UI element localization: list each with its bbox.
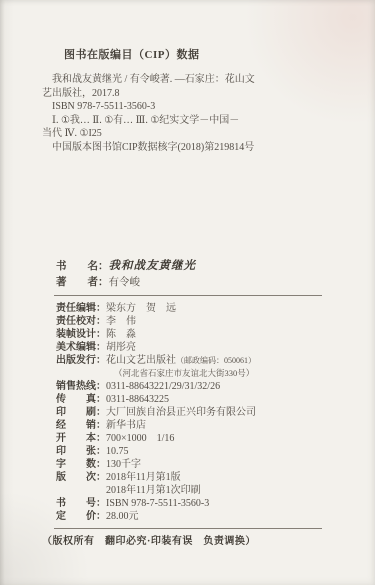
divider-bottom [54, 528, 322, 529]
sheets-value: 10.75 [106, 445, 129, 458]
price-label: 定 价： [56, 510, 106, 523]
wordcount-label: 字 数： [56, 458, 106, 471]
printer-value: 大厂回族自治县正兴印务有限公司 [106, 406, 256, 419]
hotline-label: 销售热线： [56, 380, 106, 393]
format-label: 开 本： [56, 432, 106, 445]
divider-top [54, 295, 322, 296]
art-editor-label: 美术编辑： [56, 341, 106, 354]
cip-header: 图书在版编目（CIP）数据 [64, 46, 199, 62]
author-label: 著 者： [56, 275, 109, 291]
author-value: 有令峻 [109, 275, 141, 291]
row-chief-editor: 责任编辑： 梁东方 贺 远 [56, 302, 336, 315]
row-proofreader: 责任校对： 李 伟 [56, 315, 336, 328]
proofreader-value: 李 伟 [106, 315, 136, 328]
fax-label: 传 真： [56, 393, 106, 406]
row-printing-run: 2018年11月第1次印刷 [56, 484, 336, 497]
publisher-postcode-note: （邮政编码：050061） [176, 354, 256, 367]
isbn-label: 书 号： [56, 497, 106, 510]
row-book-title: 书 名： 我和战友黄继光 [56, 257, 336, 275]
chief-editor-label: 责任编辑： [56, 302, 106, 315]
isbn-value: ISBN 978-7-5511-3560-3 [106, 497, 209, 510]
distributor-label: 经 销： [56, 419, 106, 432]
price-value: 28.00元 [106, 510, 139, 523]
row-fax: 传 真： 0311-88643225 [56, 393, 336, 406]
proofreader-label: 责任校对： [56, 315, 106, 328]
format-value: 700×1000 1/16 [106, 432, 174, 445]
row-author: 著 者： 有令峻 [56, 275, 336, 291]
row-format: 开 本： 700×1000 1/16 [56, 432, 336, 445]
fax-value: 0311-88643225 [106, 393, 169, 406]
row-hotline: 销售热线： 0311-88643221/29/31/32/26 [56, 380, 336, 393]
colophon-block: 书 名： 我和战友黄继光 著 者： 有令峻 责任编辑： 梁东方 贺 远 责任校对… [56, 257, 336, 548]
publisher-address-value: （河北省石家庄市友谊北大街330号） [56, 367, 254, 380]
cip-paragraph: 我和战友黄继光 / 有令峻著. —石家庄：花山文 艺出版社，2017.8 ISB… [42, 73, 292, 155]
row-distributor: 经 销： 新华书店 [56, 419, 336, 432]
edition-label: 版 次： [56, 471, 106, 484]
row-sheets: 印 张： 10.75 [56, 445, 336, 458]
edition-value: 2018年11月第1版 [106, 471, 181, 484]
distributor-value: 新华书店 [106, 419, 146, 432]
row-publisher: 出版发行： 花山文艺出版社 （邮政编码：050061） [56, 354, 336, 367]
sheets-label: 印 张： [56, 445, 106, 458]
row-wordcount: 字 数： 130千字 [56, 458, 336, 471]
cip-publisher-line: 艺出版社，2017.8 [42, 87, 292, 101]
cip-classification-line: Ⅰ. ①我… Ⅱ. ①有… Ⅲ. ①纪实文学－中国－ [42, 114, 292, 128]
art-editor-value: 胡彤亮 [106, 341, 136, 354]
row-art-editor: 美术编辑： 胡彤亮 [56, 341, 336, 354]
book-title-label: 书 名： [56, 259, 109, 275]
cip-title-line: 我和战友黄继光 / 有令峻著. —石家庄：花山文 [42, 73, 292, 87]
row-printer: 印 刷： 大厂回族自治县正兴印务有限公司 [56, 406, 336, 419]
row-publisher-address: （河北省石家庄市友谊北大街330号） [56, 367, 336, 380]
book-title-value: 我和战友黄继光 [109, 257, 197, 273]
row-isbn: 书 号： ISBN 978-7-5511-3560-3 [56, 497, 336, 510]
cip-isbn-line: ISBN 978-7-5511-3560-3 [42, 100, 292, 114]
row-designer: 装帧设计： 陈 淼 [56, 328, 336, 341]
chief-editor-value: 梁东方 贺 远 [106, 302, 176, 315]
row-price: 定 价： 28.00元 [56, 510, 336, 523]
publisher-value: 花山文艺出版社 [106, 354, 176, 367]
wordcount-value: 130千字 [106, 458, 141, 471]
row-edition: 版 次： 2018年11月第1版 [56, 471, 336, 484]
printing-run-value: 2018年11月第1次印刷 [56, 484, 201, 497]
copyright-page: 图书在版编目（CIP）数据 我和战友黄继光 / 有令峻著. —石家庄：花山文 艺… [0, 0, 375, 585]
hotline-value: 0311-88643221/29/31/32/26 [106, 380, 220, 393]
copyright-notice: （版权所有 翻印必究·印装有误 负责调换） [42, 535, 336, 548]
cip-record-number-line: 中国版本图书馆CIP数据核字(2018)第219814号 [42, 141, 292, 155]
cip-classification-line-2: 当代 Ⅳ. ①I25 [42, 127, 292, 141]
designer-label: 装帧设计： [56, 328, 106, 341]
designer-value: 陈 淼 [106, 328, 136, 341]
publisher-label: 出版发行： [56, 354, 106, 367]
printer-label: 印 刷： [56, 406, 106, 419]
